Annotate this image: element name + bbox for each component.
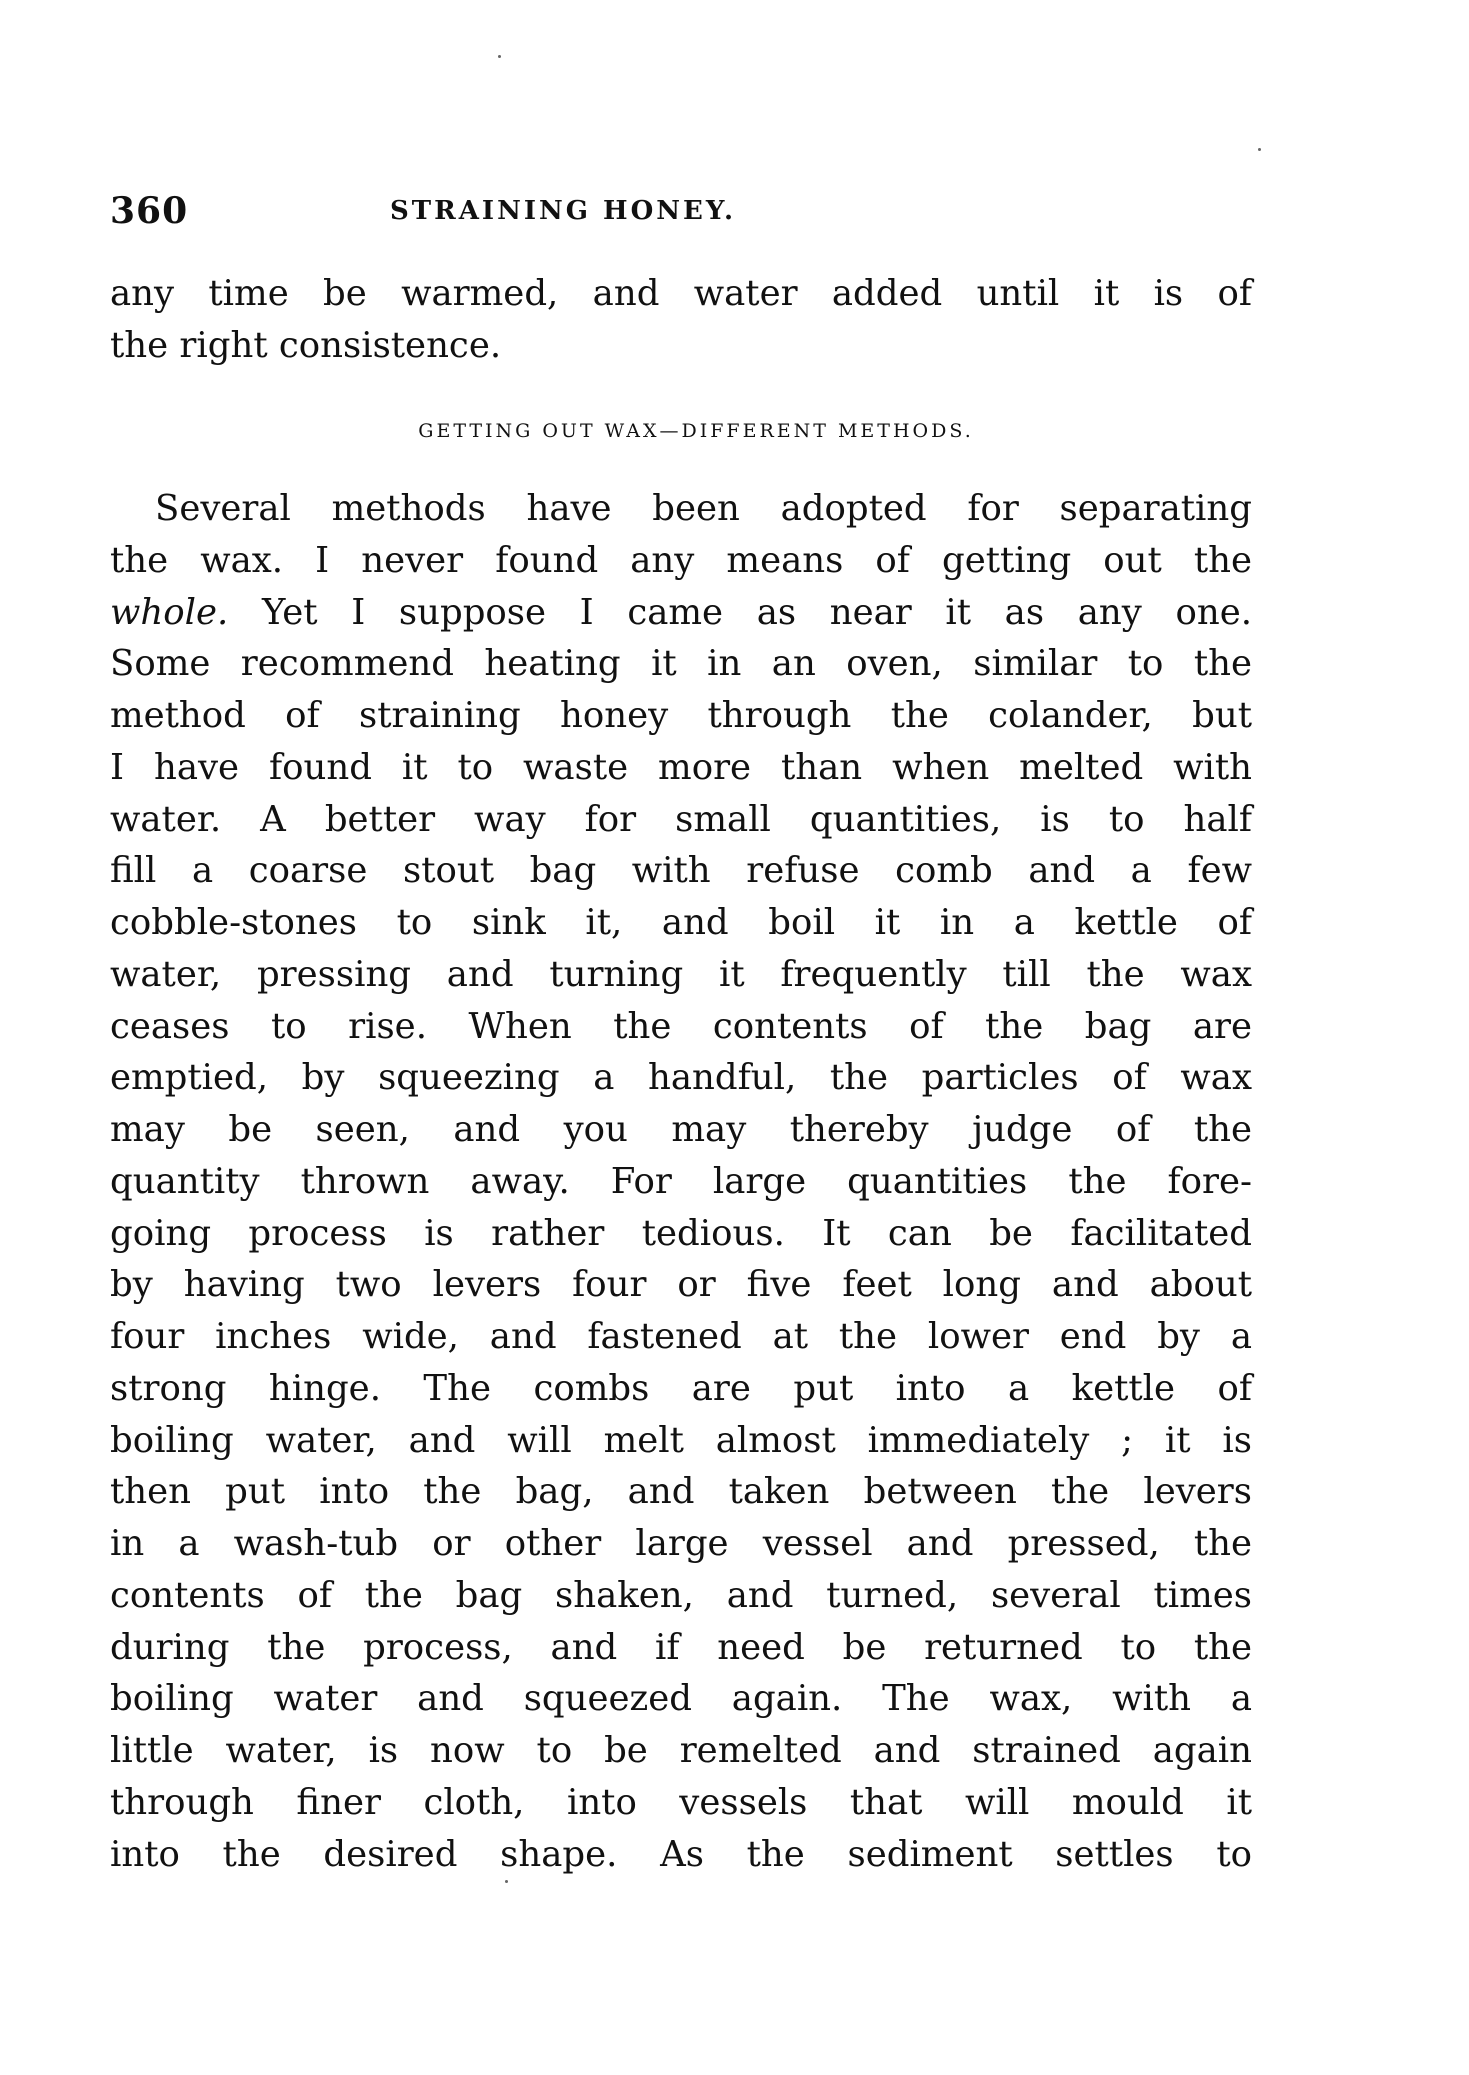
paragraph-line: contents of the bag shaken, and turned, … (110, 1574, 1252, 1618)
paragraph-line: going process is rather tedious. It can … (110, 1212, 1252, 1256)
paragraph-line: into the desired shape. As the sediment … (110, 1833, 1252, 1877)
paragraph-line: water. A better way for small quantities… (110, 798, 1252, 842)
paragraph-line: cobble-stones to sink it, and boil it in… (110, 901, 1252, 945)
paragraph-line: Several methods have been adopted for se… (110, 487, 1252, 531)
paragraph-line: whole. Yet I suppose I came as near it a… (110, 591, 1252, 635)
paragraph-line: method of straining honey through the co… (110, 694, 1252, 738)
paragraph-line: little water, is now to be remelted and … (110, 1729, 1252, 1773)
paragraph-line: in a wash-tub or other large vessel and … (110, 1522, 1252, 1566)
paragraph-line: boiling water and squeezed again. The wa… (110, 1677, 1252, 1721)
scan-speck (1258, 148, 1261, 151)
running-title: STRAINING HONEY. (390, 196, 736, 226)
paragraph-line: during the process, and if need be retur… (110, 1626, 1252, 1670)
paragraph-line: the wax. I never found any means of gett… (110, 539, 1252, 583)
italic-emphasis: whole. (110, 592, 228, 633)
paragraph-line: emptied, by squeezing a handful, the par… (110, 1056, 1252, 1100)
paragraph-line: fill a coarse stout bag with refuse comb… (110, 849, 1252, 893)
paragraph-line: boiling water, and will melt almost imme… (110, 1419, 1252, 1463)
paragraph-line: through finer cloth, into vessels that w… (110, 1781, 1252, 1825)
paragraph-line: quantity thrown away. For large quantiti… (110, 1160, 1252, 1204)
paragraph-line: Some recommend heating it in an oven, si… (110, 642, 1252, 686)
line-text: Yet I suppose I came as near it as any o… (262, 592, 1252, 633)
paragraph-line: water, pressing and turning it frequentl… (110, 953, 1252, 997)
scan-speck (498, 55, 501, 58)
running-head: 360 STRAINING HONEY. (110, 190, 1252, 234)
scan-speck (505, 1880, 508, 1883)
continuation-line: the right consistence. (110, 324, 1252, 368)
paragraph-line: ceases to rise. When the contents of the… (110, 1005, 1252, 1049)
paragraph-line: by having two levers four or five feet l… (110, 1263, 1252, 1307)
page-number: 360 (110, 190, 188, 232)
paragraph-line: strong hinge. The combs are put into a k… (110, 1367, 1252, 1411)
section-heading: GETTING OUT WAX—DIFFERENT METHODS. (110, 420, 1252, 442)
continuation-line: any time be warmed, and water added unti… (110, 272, 1252, 316)
paragraph-line: I have found it to waste more than when … (110, 746, 1252, 790)
paragraph-line: then put into the bag, and taken between… (110, 1470, 1252, 1514)
paragraph-line: four inches wide, and fastened at the lo… (110, 1315, 1252, 1359)
paragraph-line: may be seen, and you may thereby judge o… (110, 1108, 1252, 1152)
